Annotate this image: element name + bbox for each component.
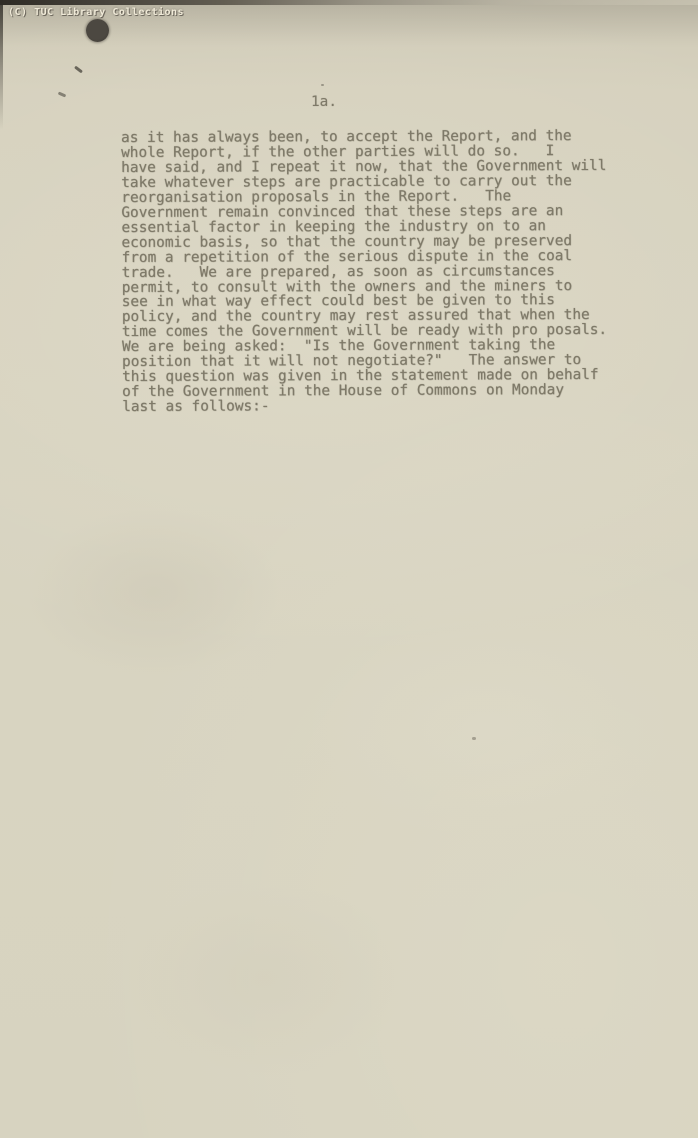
typewritten-line: of the Government in the House of Common… [122,383,607,400]
paper-speck [321,84,324,86]
copyright-watermark: (C) TUC Library Collections [8,7,184,18]
punch-hole [86,19,109,42]
scanned-document-page: (C) TUC Library Collections 1a. as it ha… [0,0,698,1138]
page-number: 1a. [311,94,337,110]
typewritten-line: last as follows:- [122,398,607,415]
ink-mark [74,66,83,74]
scan-left-edge [0,0,3,130]
paper-speck [472,737,476,740]
ink-mark [58,92,67,98]
typewritten-text-block: as it has always been, to accept the Rep… [121,129,607,415]
